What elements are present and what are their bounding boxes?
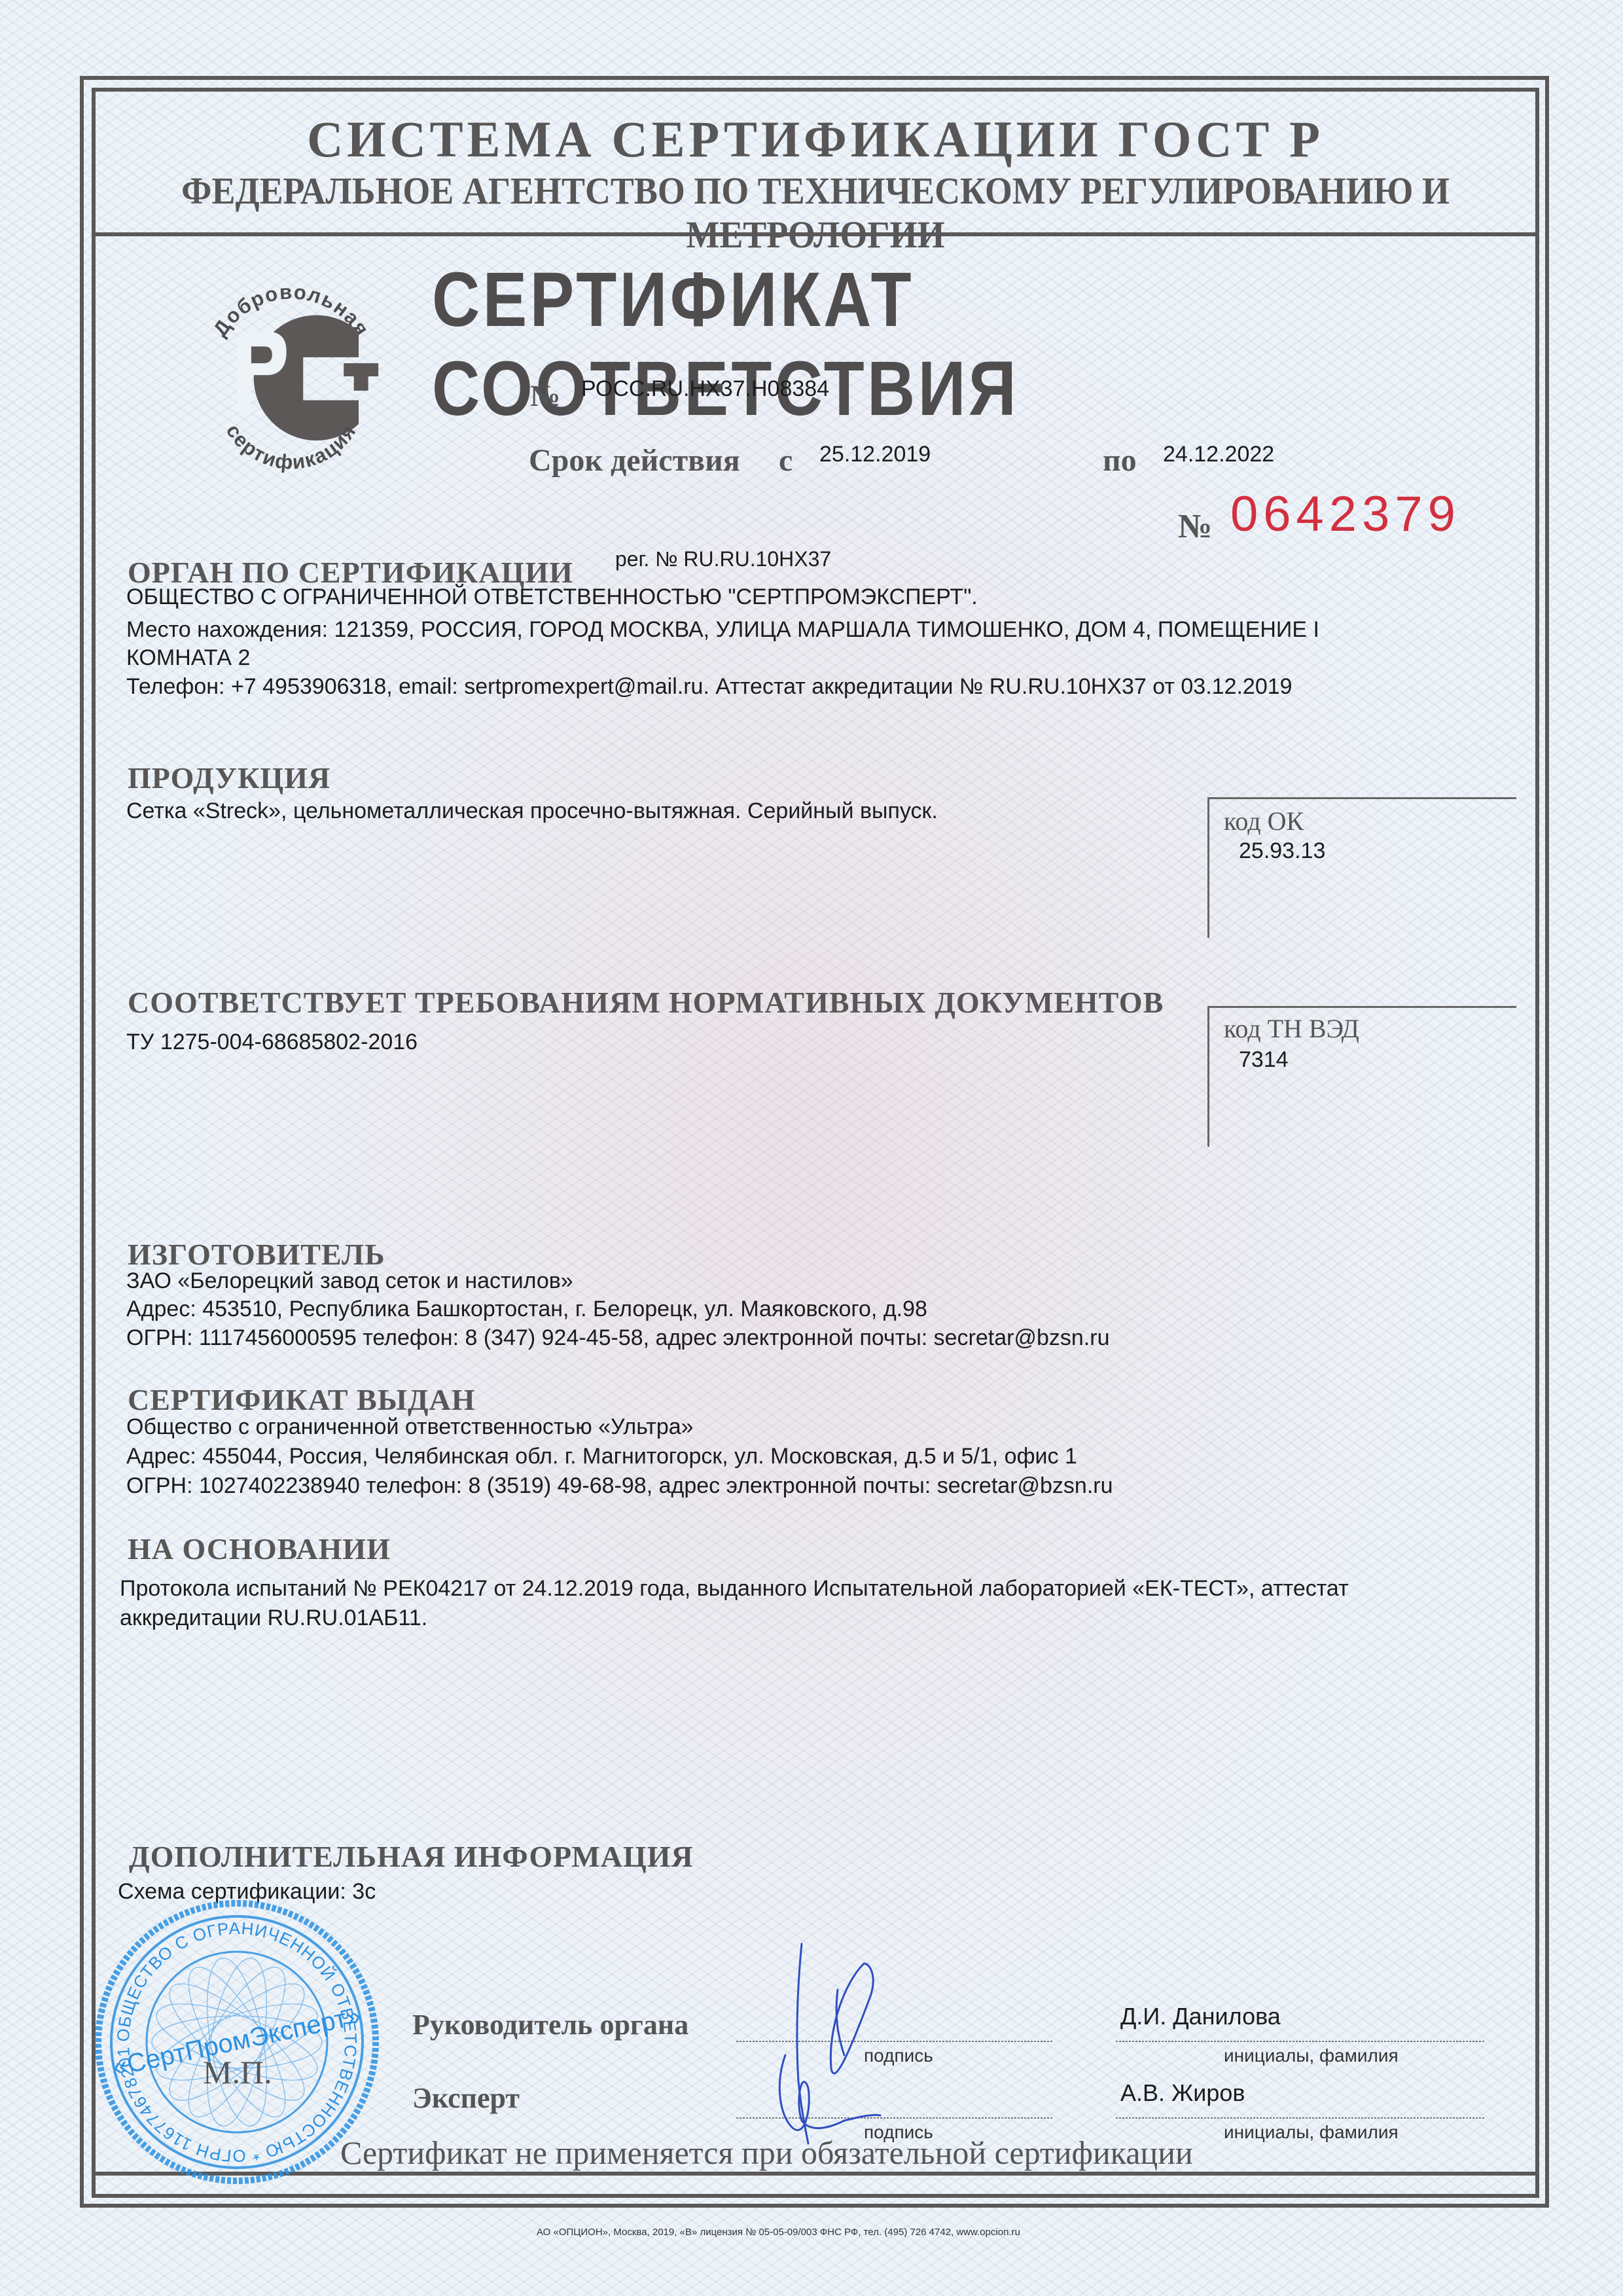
- blank-number-label: №: [1178, 507, 1212, 546]
- expert-label: Эксперт: [412, 2081, 520, 2115]
- certification-body-address-1: Место нахождения: 121359, РОССИЯ, ГОРОД …: [126, 615, 1319, 644]
- tnved-code-label: код ТН ВЭД: [1224, 1013, 1359, 1044]
- head-of-body-label: Руководитель органа: [412, 2008, 688, 2041]
- blank-number: 0642379: [1230, 486, 1461, 543]
- certification-body-address-2: КОМНАТА 2: [126, 643, 250, 672]
- basis-line-2: аккредитации RU.RU.01АБ11.: [120, 1604, 427, 1632]
- basis-line-1: Протокола испытаний № РЕК04217 от 24.12.…: [120, 1574, 1349, 1603]
- tnved-code-value: 7314: [1239, 1047, 1289, 1073]
- issued-to-name: Общество с ограниченной ответственностью…: [126, 1412, 694, 1441]
- tnved-code-box: код ТН ВЭД 7314: [1207, 1006, 1516, 1147]
- certification-body-contacts: Телефон: +7 4953906318, email: sertprome…: [126, 672, 1293, 701]
- compliance-documents: ТУ 1275-004-68685802-2016: [126, 1028, 418, 1056]
- certification-body-name: ОБЩЕСТВО С ОГРАНИЧЕННОЙ ОТВЕТСТВЕННОСТЬЮ…: [126, 583, 978, 611]
- printer-info: АО «ОПЦИОН», Москва, 2019, «В» лицензия …: [537, 2227, 1020, 2238]
- product-description: Сетка «Streck», цельнометаллическая прос…: [126, 797, 938, 825]
- valid-from-date: 25.12.2019: [819, 442, 931, 467]
- valid-from-label: с: [779, 442, 793, 478]
- valid-to-label: по: [1103, 442, 1137, 478]
- seal-place-label: М.П.: [203, 2053, 272, 2091]
- expert-name-caption: инициалы, фамилия: [1224, 2122, 1399, 2143]
- head-name-caption: инициалы, фамилия: [1224, 2045, 1399, 2066]
- agency-name: ФЕДЕРАЛЬНОЕ АГЕНТСТВО ПО ТЕХНИЧЕСКОМУ РЕ…: [142, 169, 1488, 257]
- compliance-heading: СООТВЕТСТВУЕТ ТРЕБОВАНИЯМ НОРМАТИВНЫХ ДО…: [128, 985, 1164, 1020]
- manufacturer-contacts: ОГРН: 1117456000595 телефон: 8 (347) 924…: [126, 1323, 1109, 1352]
- basis-heading: НА ОСНОВАНИИ: [128, 1532, 391, 1566]
- expert-name: А.В. Жиров: [1120, 2079, 1245, 2107]
- issued-to-address: Адрес: 455044, Россия, Челябинская обл. …: [126, 1442, 1077, 1471]
- number-label: №: [530, 378, 560, 413]
- certification-body-reg-number: рег. № RU.RU.10НХ37: [615, 547, 831, 571]
- head-name-line: [1116, 2041, 1486, 2042]
- manufacturer-name: ЗАО «Белорецкий завод сеток и настилов»: [126, 1266, 573, 1295]
- head-name: Д.И. Данилова: [1120, 2003, 1281, 2030]
- valid-to-date: 24.12.2022: [1163, 442, 1274, 467]
- expert-name-line: [1116, 2117, 1486, 2119]
- ok-code-box: код ОК 25.93.13: [1207, 797, 1516, 938]
- system-title: СИСТЕМА СЕРТИФИКАЦИИ ГОСТ Р: [106, 110, 1525, 169]
- certificate-number: РОСС.RU.НХ37.Н08384: [581, 376, 829, 402]
- validity-label: Срок действия: [529, 442, 740, 478]
- additional-info-heading: ДОПОЛНИТЕЛЬНАЯ ИНФОРМАЦИЯ: [129, 1839, 694, 1874]
- product-heading: ПРОДУКЦИЯ: [128, 761, 330, 795]
- ok-code-label: код ОК: [1224, 806, 1304, 836]
- manufacturer-address: Адрес: 453510, Республика Башкортостан, …: [126, 1295, 927, 1323]
- ok-code-value: 25.93.13: [1239, 838, 1325, 864]
- company-seal-icon: ОБЩЕСТВО С ОГРАНИЧЕННОЙ ОТВЕТСТВЕННОСТЬЮ…: [93, 1898, 381, 2186]
- document-title: СЕРТИФИКАТ СООТВЕТСТВИЯ: [432, 255, 1456, 433]
- rst-logo-icon: Добровольная сертификация: [190, 275, 393, 478]
- issued-to-contacts: ОГРН: 1027402238940 телефон: 8 (3519) 49…: [126, 1471, 1113, 1500]
- handwritten-signature-icon: [772, 1937, 929, 2150]
- footer-note: Сертификат не применяется при обязательн…: [340, 2134, 1193, 2172]
